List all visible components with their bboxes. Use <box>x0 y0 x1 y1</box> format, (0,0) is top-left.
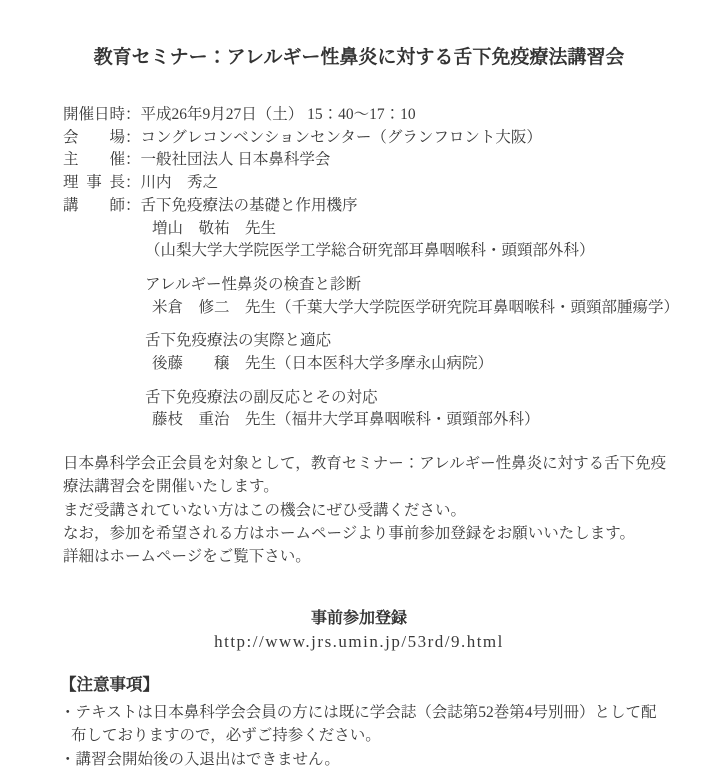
notes-heading: 【注意事項】 <box>60 673 708 697</box>
page-title: 教育セミナー：アレルギー性鼻炎に対する舌下免疫療法講習会 <box>10 46 708 70</box>
lectures-list: 増山 敬祐 先生 （山梨大学大学院医学工学総合研究部耳鼻咽喉科・頭頸部外科） ア… <box>63 218 718 433</box>
label-separator: ： <box>125 149 141 172</box>
paragraph-line-4: なお，参加を希望される方はホームページより事前参加登録をお願いいたします。 <box>63 522 698 545</box>
lecture3-title: 舌下免疫療法の実際と適応 <box>145 330 718 353</box>
lecture2-speaker-line: 米倉 修二 先生（千葉大学大学院医学研究院耳鼻咽喉科・頭頸部腫瘍学） <box>145 297 718 320</box>
lecture1-speaker: 増山 敬祐 先生 <box>145 218 718 241</box>
notes-list: ・テキストは日本鼻科学会会員の方には既に学会誌（会誌第52巻第4号別冊）として配… <box>60 701 708 772</box>
event-info-section: 開催日時：平成26年9月27日（土） 15：40～17：10 会場：コングレコン… <box>63 104 718 432</box>
info-row-president: 理事長：川内 秀之 <box>63 172 718 195</box>
paragraph-line-5: 詳細はホームページをご覧下さい。 <box>63 545 698 568</box>
info-label-president: 理事長 <box>63 172 125 195</box>
registration-section: 事前参加登録 http://www.jrs.umin.jp/53rd/9.htm… <box>0 607 718 653</box>
label-separator: ： <box>125 104 141 127</box>
lecture3-affiliation: （日本医科大学多摩永山病院） <box>276 355 493 372</box>
lecture4-title: 舌下免疫療法の副反応とその対応 <box>145 387 718 410</box>
lecture2-speaker: 米倉 修二 先生 <box>152 299 276 316</box>
paragraph-line-1: 日本鼻科学会正会員を対象として，教育セミナー：アレルギー性鼻炎に対する舌下免疫 <box>63 452 698 475</box>
label-separator: ： <box>125 195 141 218</box>
info-value-venue: コングレコンベンションセンター（グランフロント大阪） <box>141 129 542 146</box>
lecture2-affiliation: （千葉大学大学院医学研究院耳鼻咽喉科・頭頸部腫瘍学） <box>276 299 679 316</box>
lecture4-speaker: 藤枝 重治 先生 <box>152 411 276 428</box>
notes-section: 【注意事項】 ・テキストは日本鼻科学会会員の方には既に学会誌（会誌第52巻第4号… <box>60 673 708 772</box>
info-row-venue: 会場：コングレコンベンションセンター（グランフロント大阪） <box>63 127 718 150</box>
note-item1-line2: 布しておりますので，必ずご持参ください。 <box>60 724 708 748</box>
info-value-president: 川内 秀之 <box>141 174 219 191</box>
info-value-datetime: 平成26年9月27日（土） 15：40～17：10 <box>141 106 416 123</box>
label-separator: ： <box>125 172 141 195</box>
lecture4-speaker-line: 藤枝 重治 先生（福井大学耳鼻咽喉科・頭頸部外科） <box>145 409 718 432</box>
lecture3-speaker-line: 後藤 穣 先生（日本医科大学多摩永山病院） <box>145 353 718 376</box>
lecture4-affiliation: （福井大学耳鼻咽喉科・頭頸部外科） <box>276 411 540 428</box>
paragraph-line-2: 療法講習会を開催いたします。 <box>63 475 698 498</box>
info-value-organizer: 一般社団法人 日本鼻科学会 <box>141 151 331 168</box>
info-row-organizer: 主催：一般社団法人 日本鼻科学会 <box>63 149 718 172</box>
info-label-datetime: 開催日時 <box>63 104 125 127</box>
lecture1-affiliation: （山梨大学大学院医学工学総合研究部耳鼻咽喉科・頭頸部外科） <box>145 240 718 263</box>
seminar-announcement-page: 教育セミナー：アレルギー性鼻炎に対する舌下免疫療法講習会 開催日時：平成26年9… <box>0 0 718 778</box>
info-row-lecturers: 講師：舌下免疫療法の基礎と作用機序 <box>63 195 718 218</box>
lecture3-speaker: 後藤 穣 先生 <box>152 355 276 372</box>
lecture2-title: アレルギー性鼻炎の検査と診断 <box>145 274 718 297</box>
info-label-organizer: 主催 <box>63 149 125 172</box>
note-item1-line1: ・テキストは日本鼻科学会会員の方には既に学会誌（会誌第52巻第4号別冊）として配 <box>60 701 708 725</box>
label-separator: ： <box>125 127 141 150</box>
info-label-lecturers: 講師 <box>63 195 125 218</box>
info-label-venue: 会場 <box>63 127 125 150</box>
note-item2-line1: ・講習会開始後の入退出はできません。 <box>60 748 708 772</box>
registration-heading: 事前参加登録 <box>0 607 718 630</box>
paragraph-line-3: まだ受講されていない方はこの機会にぜひ受講ください。 <box>63 499 698 522</box>
info-row-datetime: 開催日時：平成26年9月27日（土） 15：40～17：10 <box>63 104 718 127</box>
announcement-paragraph: 日本鼻科学会正会員を対象として，教育セミナー：アレルギー性鼻炎に対する舌下免疫 … <box>63 452 698 568</box>
lecture1-title: 舌下免疫療法の基礎と作用機序 <box>141 197 358 214</box>
registration-url-link[interactable]: http://www.jrs.umin.jp/53rd/9.html <box>0 630 718 653</box>
